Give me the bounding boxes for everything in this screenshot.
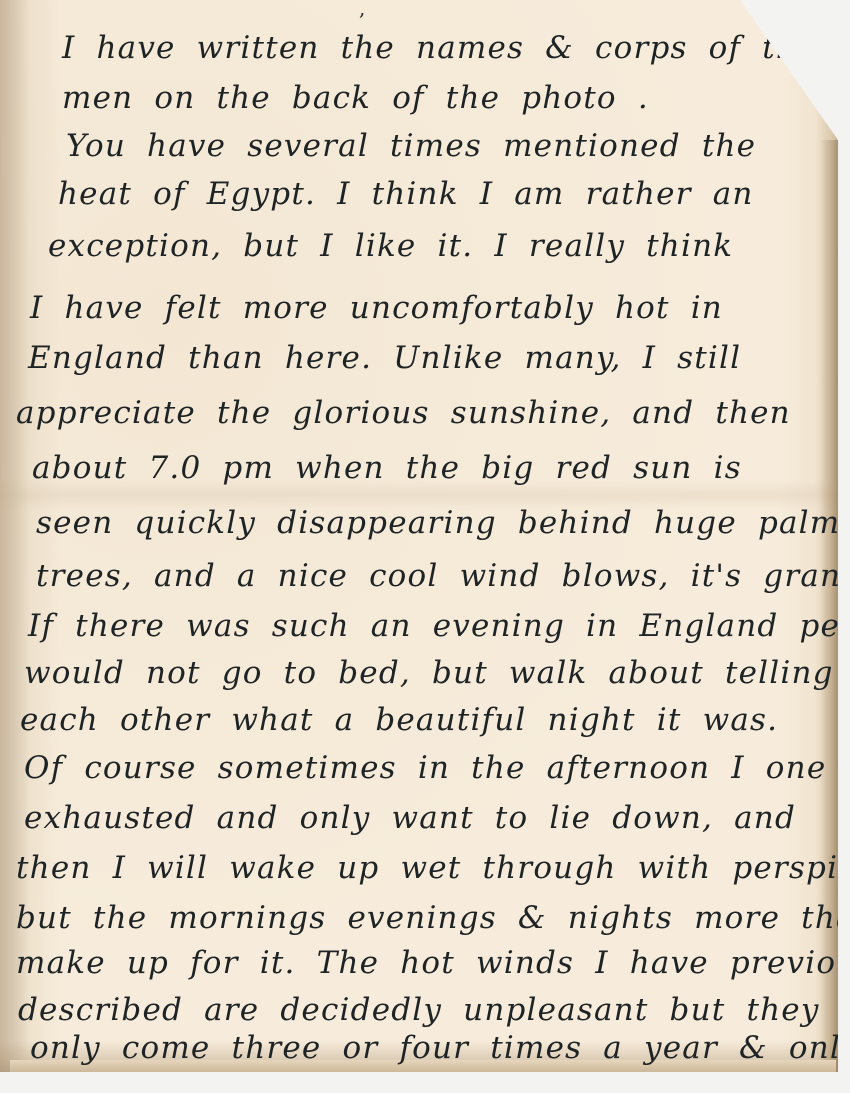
- handwritten-line: about 7.0 pm when the big red sun is: [32, 450, 742, 486]
- letter-page: , I have written the names & corps of th…: [0, 0, 838, 1072]
- top-ink-mark: ,: [359, 0, 365, 20]
- handwritten-line: England than here. Unlike many, I still: [28, 340, 741, 376]
- handwritten-line: exhausted and only want to lie down, and: [24, 800, 796, 836]
- handwritten-line: only come three or four times a year & o…: [30, 1030, 850, 1066]
- handwritten-line: men on the back of the photo .: [62, 80, 649, 116]
- handwritten-line: I have written the names & corps of the: [62, 30, 817, 66]
- handwritten-line: would not go to bed, but walk about tell…: [24, 655, 834, 691]
- handwritten-line: If there was such an evening in England …: [28, 608, 850, 644]
- handwritten-line: then I will wake up wet through with per…: [16, 850, 850, 886]
- handwritten-line: described are decidedly unpleasant but t…: [18, 992, 820, 1028]
- handwritten-line: appreciate the glorious sunshine, and th…: [16, 395, 791, 431]
- handwritten-line: You have several times mentioned the: [66, 128, 756, 164]
- handwritten-line: Of course sometimes in the afternoon I o…: [24, 750, 850, 786]
- handwritten-line: make up for it. The hot winds I have pre…: [16, 945, 850, 981]
- handwritten-line: heat of Egypt. I think I am rather an: [58, 176, 754, 212]
- handwritten-line: trees, and a nice cool wind blows, it's …: [36, 558, 850, 594]
- handwritten-line: exception, but I like it. I really think: [48, 228, 733, 264]
- handwritten-line: but the mornings evenings & nights more …: [16, 900, 850, 936]
- handwritten-line: each other what a beautiful night it was…: [20, 702, 778, 738]
- handwritten-line: I have felt more uncomfortably hot in: [30, 290, 723, 326]
- scan-background: , I have written the names & corps of th…: [0, 0, 850, 1093]
- handwritten-line: seen quickly disappearing behind huge pa…: [36, 505, 840, 541]
